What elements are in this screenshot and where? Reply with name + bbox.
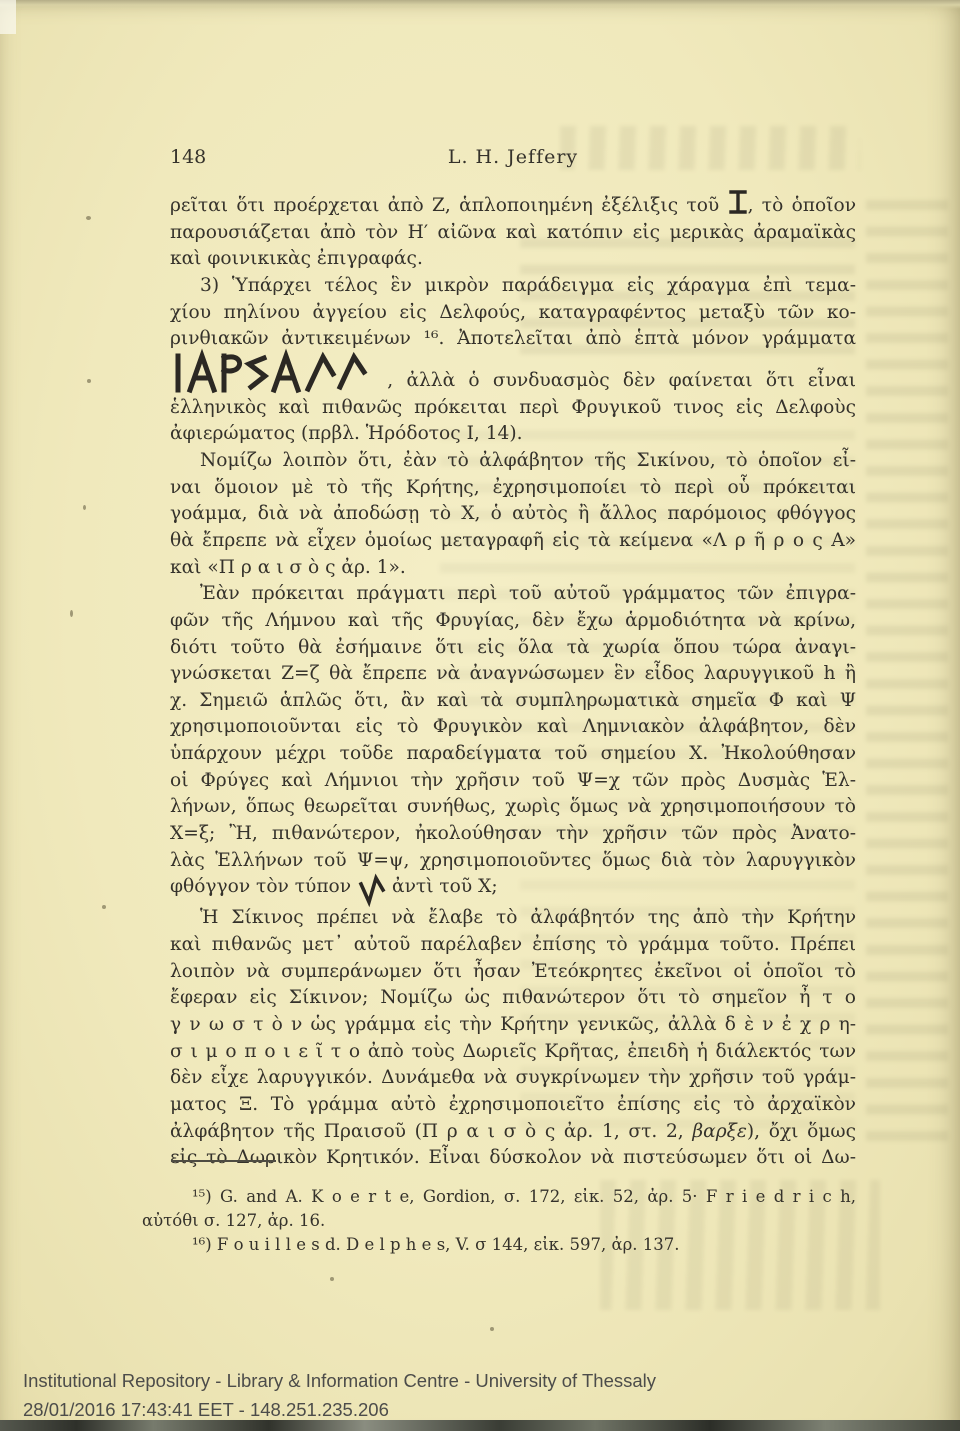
text-segment: καὶ «Π ρ α ι σ ὸ ς ἀρ. 1». [170, 557, 406, 578]
text-segment: λήνων, ὅπως θεωρεῖται συνήθως, χωρὶς ὅμω… [170, 796, 856, 817]
text-line: 3) Ὑπάρχει τέλος ἓν μικρὸν παράδειγμα εἰ… [170, 273, 856, 300]
text-segment: ρεῖται ὅτι προέρχεται ἀπὸ Ζ, ἁπλοποιημέν… [170, 195, 728, 216]
text-line: καὶ «Π ρ α ι σ ὸ ς ἀρ. 1». [170, 555, 856, 582]
text-line: ἀλφάβητον τῆς Πραισοῦ (Π ρ α ι σ ὸ ς ἀρ.… [170, 1119, 856, 1146]
body-text: ρεῖται ὅτι προέρχεται ἀπὸ Ζ, ἁπλοποιημέν… [170, 189, 856, 1172]
text-segment: Ἐὰν πρόκειται πράγματι περὶ τοῦ αὐτοῦ γρ… [200, 583, 856, 604]
text-line: θὰ ἔπρεπε νὰ εἶχεν ὁμοίως μεταγραφῆ εἰς … [170, 528, 856, 555]
text-segment: φθόγγον τὸν τύπον [170, 876, 351, 897]
archaic-zeta-sign [728, 189, 748, 220]
text-line: λήνων, ὅπως θεωρεῖται συνήθως, χωρὶς ὅμω… [170, 794, 856, 821]
ink-speck [102, 905, 106, 909]
text-line: γοάμμα, διὰ νὰ ἀποδώσῃ τὸ Χ, ὁ αὐτὸς ἢ ἄ… [170, 501, 856, 528]
text-line: οἱ Φρύγες καὶ Λήμνιοι τὴν χρῆσιν τοῦ Ψ=χ… [170, 768, 856, 795]
text-segment: ¹⁵) G. and A. K o e r t e, Gordion, σ. 1… [192, 1187, 856, 1206]
text-line: Ἡ Σίκινος πρέπει νὰ ἔλαβε τὸ ἀλφάβητόν τ… [170, 905, 856, 932]
text-line: ἀφιερώματος (πρβλ. Ἡρόδοτος Ι, 14). [170, 421, 856, 448]
text-line: χίου πηλίνου ἀγγείου εἰς Δελφούς, καταγρ… [170, 300, 856, 327]
text-segment: οἱ Φρύγες καὶ Λήμνιοι τὴν χρῆσιν τοῦ Ψ=χ… [170, 770, 856, 791]
text-line: δὲν εἶχε λαρυγγικόν. Δυνάμεθα νὰ συγκρίν… [170, 1065, 856, 1092]
text-segment: σ ι μ ο π ο ι ε ῖ τ ο ἀπὸ τοὺς Δωριεῖς Κ… [170, 1041, 856, 1062]
text-line: σ ι μ ο π ο ι ε ῖ τ ο ἀπὸ τοὺς Δωριεῖς Κ… [170, 1039, 856, 1066]
text-line: διότι τοῦτο θὰ ἐσήμαινε ὅτι εἰς ὅλα τὰ χ… [170, 635, 856, 662]
text-line: ¹⁶) F o u i l l e s d. D e l p h e s, V.… [142, 1233, 856, 1257]
showthrough-ghost [866, 200, 948, 1150]
text-line: καὶ φοινικικὰς ἐπιγραφάς. [170, 246, 856, 273]
text-line: γνώσκεται Ζ=ζ θὰ ἔπρεπε νὰ ἀναγνώσωμεν ἓ… [170, 661, 856, 688]
text-line: εἰς τὸ Δωρικὸν Κρητικόν. Εἶναι δύσκολον … [170, 1145, 856, 1172]
text-line: χρησιμοποιοῦνται εἰς τὸ Φρυγικὸν καὶ Λημ… [170, 714, 856, 741]
text-segment: γοάμμα, διὰ νὰ ἀποδώσῃ τὸ Χ, ὁ αὐτὸς ἢ ἄ… [170, 503, 856, 524]
text-segment: ματος Ξ. Τὸ γράμμα αὐτὸ ἐχρησιμοποιεῖτο … [170, 1094, 856, 1115]
text-segment: , τὸ ὁποῖον [748, 195, 856, 216]
text-line: χ. Σημειῶ ἁπλῶς ὅτι, ἂν καὶ τὰ συμπληρωμ… [170, 688, 856, 715]
text-segment: αὐτόθι σ. 127, ἀρ. 16. [142, 1211, 325, 1230]
text-segment: εἰς τὸ Δωρικὸν Κρητικόν. Εἶναι δύσκολον … [170, 1147, 856, 1168]
footnotes: ¹⁵) G. and A. K o e r t e, Gordion, σ. 1… [142, 1185, 856, 1257]
text-segment: δὲν εἶχε λαρυγγικόν. Δυνάμεθα νὰ συγκρίν… [170, 1067, 856, 1088]
text-segment: θὰ ἔπρεπε νὰ εἶχεν ὁμοίως μεταγραφῆ εἰς … [170, 530, 856, 551]
text-segment: ναι ὅμοιον μὲ τὸ τῆς Κρήτης, ἐχρησιμοποί… [170, 477, 856, 498]
scanned-page: 148 L. H. Jeffery ρεῖται ὅτι προέρχεται … [0, 0, 960, 1431]
text-line: ὑπάρχουν μέχρι τοῦδε παραδείγματα τοῦ ση… [170, 741, 856, 768]
footnote-separator [171, 1160, 276, 1162]
text-segment: φῶν τῆς Λήμνου καὶ τῆς Φρυγίας, δὲν ἔχω … [170, 610, 856, 631]
ink-speck [86, 216, 91, 220]
text-segment: ἑλληνικὸς καὶ πιθανῶς πρόκειται περὶ Φρυ… [170, 397, 856, 418]
text-line: Νομίζω λοιπὸν ὅτι, ἐὰν τὸ ἀλφάβητον τῆς … [170, 448, 856, 475]
text-segment: λὰς Ἑλλήνων τοῦ Ψ=ψ, χρησιμοποιοῦντες ὅμ… [170, 850, 856, 871]
text-line: φῶν τῆς Λήμνου καὶ τῆς Φρυγίας, δὲν ἔχω … [170, 608, 856, 635]
ink-speck [70, 610, 73, 617]
laryngeal-letter-sign [351, 874, 392, 905]
scan-top-edge [0, 0, 960, 9]
text-line: ματος Ξ. Τὸ γράμμα αὐτὸ ἐχρησιμοποιεῖτο … [170, 1092, 856, 1119]
text-segment: ¹⁶) F o u i l l e s d. D e l p h e s, V.… [192, 1235, 680, 1254]
text-segment: ), ὄχι ὅμως [747, 1121, 856, 1142]
scan-corner-highlight [0, 0, 16, 34]
text-segment: διότι τοῦτο θὰ ἐσήμαινε ὅτι εἰς ὅλα τὰ χ… [170, 637, 856, 658]
text-line: ἔφεραν εἰς Σίκινον; Νομίζω ὡς πιθανώτερο… [170, 985, 856, 1012]
text-segment: παρουσιάζεται ἀπὸ τὸν Η′ αἰῶνα καὶ κατόπ… [170, 222, 856, 243]
ink-speck [330, 1277, 334, 1281]
text-line: Ἐὰν πρόκειται πράγματι περὶ τοῦ αὐτοῦ γρ… [170, 581, 856, 608]
text-segment: χίου πηλίνου ἀγγείου εἰς Δελφούς, καταγρ… [170, 302, 856, 323]
text-segment: , ἀλλὰ ὁ συνδυασμὸς δὲν φαίνεται ὅτι εἶν… [374, 370, 856, 391]
text-line: ¹⁵) G. and A. K o e r t e, Gordion, σ. 1… [142, 1185, 856, 1209]
text-segment: λοιπὸν νὰ συμπεράνωμεν ὅτι ἦσαν Ἐτεόκρητ… [170, 961, 856, 982]
text-line: γ ν ω σ τ ὸ ν ὡς γράμμα εἰς τὴν Κρήτην γ… [170, 1012, 856, 1039]
delphi-inscription [170, 353, 374, 395]
text-line: λοιπὸν νὰ συμπεράνωμεν ὅτι ἦσαν Ἐτεόκρητ… [170, 959, 856, 986]
text-line: ρεῖται ὅτι προέρχεται ἀπὸ Ζ, ἁπλοποιημέν… [170, 189, 856, 220]
text-line: Χ=ξ; Ἢ, πιθανώτερον, ἠκολούθησαν τὴν χρῆ… [170, 821, 856, 848]
scan-bottom-edge [0, 1420, 960, 1431]
ink-speck [83, 505, 86, 510]
text-segment: ἀλφάβητον τῆς Πραισοῦ (Π ρ α ι σ ὸ ς ἀρ.… [170, 1121, 692, 1142]
text-segment: καὶ φοινικικὰς ἐπιγραφάς. [170, 248, 423, 269]
text-segment: γ ν ω σ τ ὸ ν ὡς γράμμα εἰς τὴν Κρήτην γ… [170, 1014, 856, 1035]
running-head: L. H. Jeffery [170, 146, 856, 168]
text-line: ρινθιακῶν ἀντικειμένων ¹⁶. Ἀποτελεῖται ἀ… [170, 326, 856, 353]
text-line: ἑλληνικὸς καὶ πιθανῶς πρόκειται περὶ Φρυ… [170, 395, 856, 422]
text-segment: Χ=ξ; Ἢ, πιθανώτερον, ἠκολούθησαν τὴν χρῆ… [170, 823, 856, 844]
text-line: ναι ὅμοιον μὲ τὸ τῆς Κρήτης, ἐχρησιμοποί… [170, 475, 856, 502]
text-segment: ἀντὶ τοῦ Χ; [392, 876, 498, 897]
text-line: καὶ πιθανῶς μετ᾽ αὐτοῦ παρέλαβεν ἐπίσης … [170, 932, 856, 959]
text-segment: ἔφεραν εἰς Σίκινον; Νομίζω ὡς πιθανώτερο… [170, 987, 856, 1008]
text-segment: Ἡ Σίκινος πρέπει νὰ ἔλαβε τὸ ἀλφάβητόν τ… [200, 907, 856, 928]
text-line: λὰς Ἑλλήνων τοῦ Ψ=ψ, χρησιμοποιοῦντες ὅμ… [170, 848, 856, 875]
text-line: , ἀλλὰ ὁ συνδυασμὸς δὲν φαίνεται ὅτι εἶν… [170, 353, 856, 395]
text-segment: καὶ πιθανῶς μετ᾽ αὐτοῦ παρέλαβεν ἐπίσης … [170, 934, 856, 955]
text-segment: χ. Σημειῶ ἁπλῶς ὅτι, ἂν καὶ τὰ συμπληρωμ… [170, 690, 856, 711]
text-segment: βαρξε [692, 1121, 746, 1142]
text-segment: ἀφιερώματος (πρβλ. Ἡρόδοτος Ι, 14). [170, 423, 523, 444]
text-segment: ρινθιακῶν ἀντικειμένων ¹⁶. Ἀποτελεῖται ἀ… [170, 328, 856, 349]
text-line: αὐτόθι σ. 127, ἀρ. 16. [142, 1209, 856, 1233]
ink-speck [490, 1327, 494, 1331]
text-segment: ὑπάρχουν μέχρι τοῦδε παραδείγματα τοῦ ση… [170, 743, 856, 764]
scan-footer: Institutional Repository - Library & Inf… [23, 1366, 656, 1424]
text-segment: χρησιμοποιοῦνται εἰς τὸ Φρυγικὸν καὶ Λημ… [170, 716, 856, 737]
text-segment: Νομίζω λοιπὸν ὅτι, ἐὰν τὸ ἀλφάβητον τῆς … [200, 450, 856, 471]
text-segment: γνώσκεται Ζ=ζ θὰ ἔπρεπε νὰ ἀναγνώσωμεν ἓ… [170, 663, 856, 684]
text-segment: 3) Ὑπάρχει τέλος ἓν μικρὸν παράδειγμα εἰ… [200, 275, 856, 296]
page-header: 148 L. H. Jeffery [170, 146, 856, 170]
ink-speck [87, 379, 91, 383]
repository-line: Institutional Repository - Library & Inf… [23, 1366, 656, 1395]
text-line: παρουσιάζεται ἀπὸ τὸν Η′ αἰῶνα καὶ κατόπ… [170, 220, 856, 247]
text-line: φθόγγον τὸν τύπονἀντὶ τοῦ Χ; [170, 874, 856, 905]
